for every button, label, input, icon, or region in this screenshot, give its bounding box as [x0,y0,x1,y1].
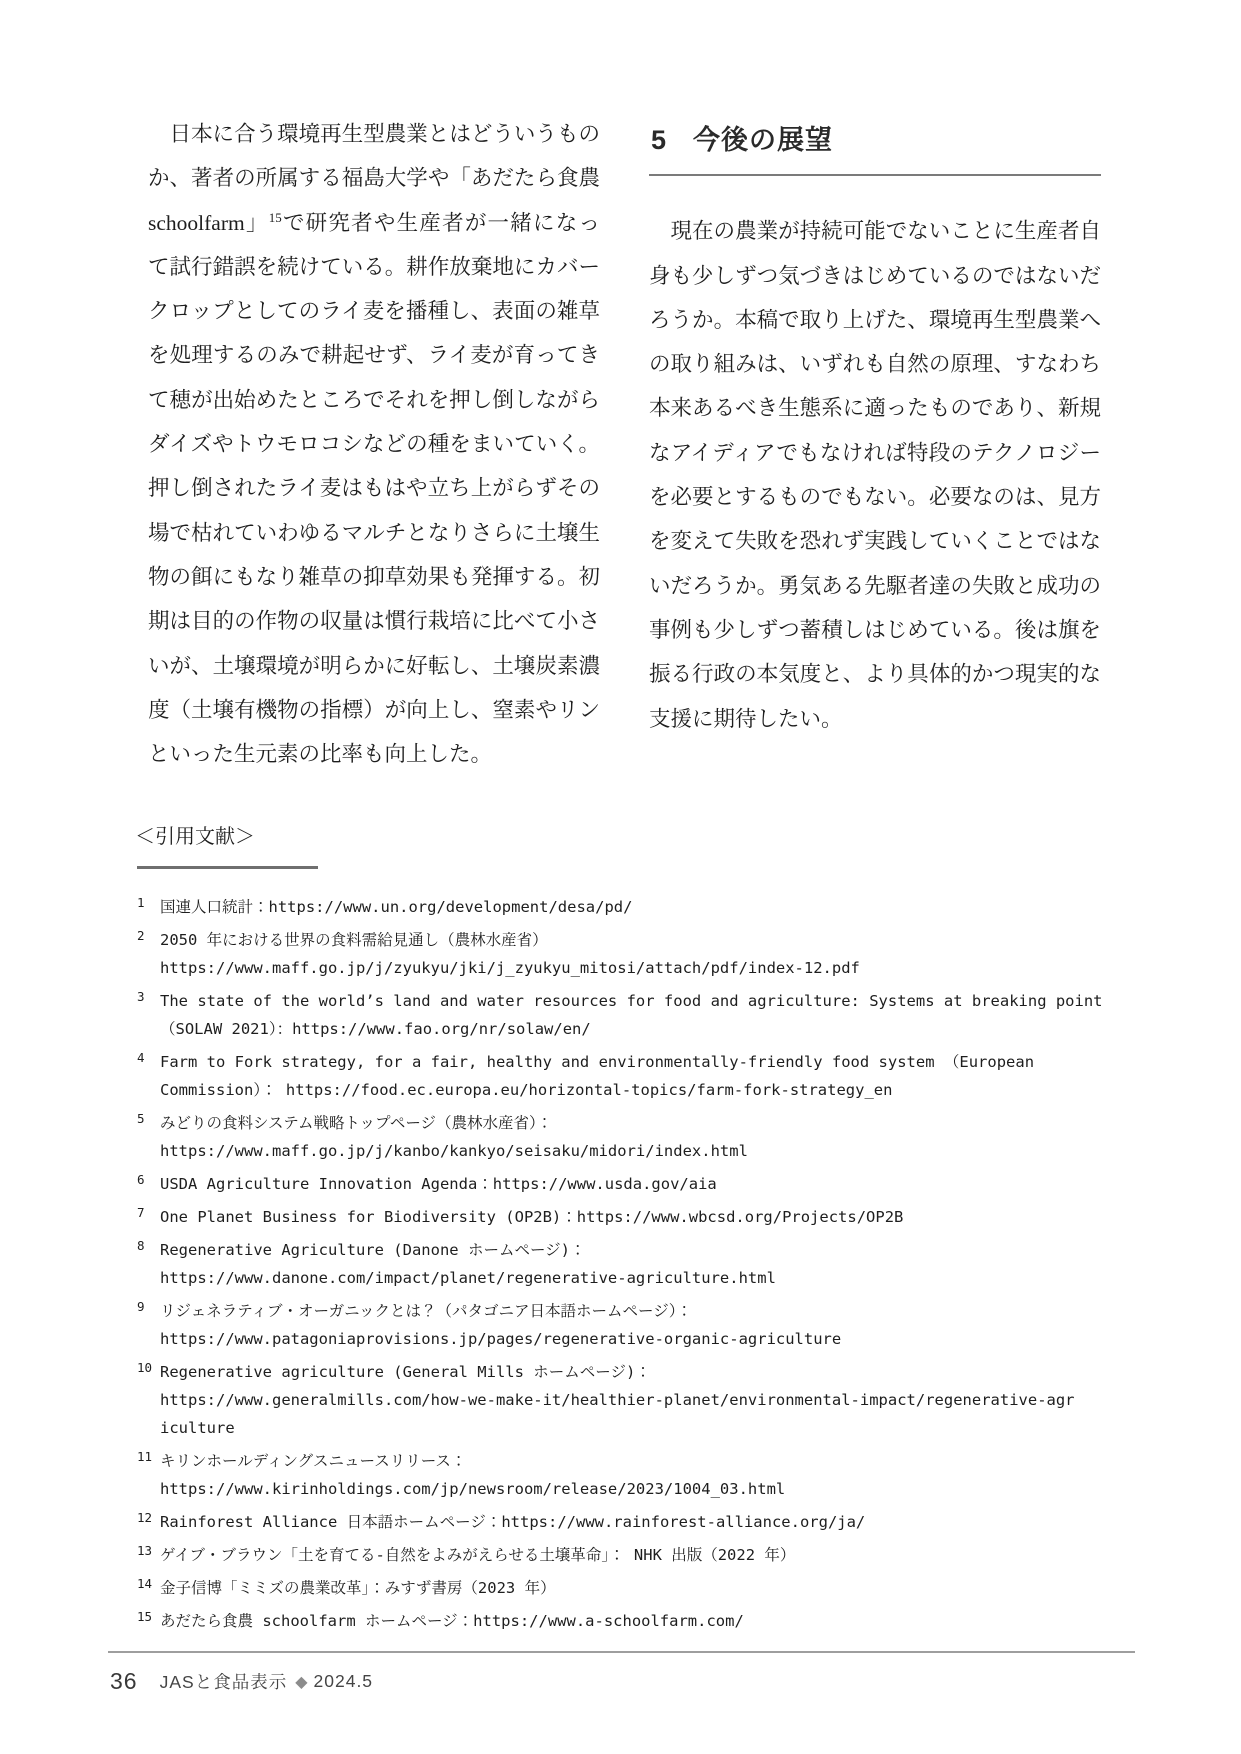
reference-line: https://www.maff.go.jp/j/kanbo/kankyo/se… [160,1137,1123,1165]
reference-line: Commission）： https://food.ec.europa.eu/h… [160,1076,1123,1104]
references-heading: ＜引用文献＞ [135,820,1123,849]
reference-item: 15あだたら食農 schoolfarm ホームページ：https://www.a… [135,1607,1123,1635]
reference-item: 9リジェネラティブ・オーガニックとは？（パタゴニア日本語ホームページ）：http… [135,1297,1123,1353]
references-list: 1国連人口統計：https://www.un.org/development/d… [135,893,1123,1635]
reference-line: https://www.maff.go.jp/j/zyukyu/jki/j_zy… [160,954,1123,982]
reference-item: 12Rainforest Alliance 日本語ホームページ：https://… [135,1508,1123,1536]
reference-number: 1 [137,889,145,917]
body-column-left: 日本に合う環境再生型農業とはどういうものか、著者の所属する福島大学や「あだたら食… [148,112,600,776]
reference-item: 6USDA Agriculture Innovation Agenda：http… [135,1170,1123,1198]
reference-line: Regenerative Agriculture (Danone ホームページ)… [160,1236,1123,1264]
footnote-marker-15: 15 [269,209,282,224]
reference-item: 10Regenerative agriculture (General Mill… [135,1358,1123,1442]
reference-number: 13 [137,1537,152,1565]
reference-item: 14金子信博「ミミズの農業改革」：みすず書房（2023 年） [135,1574,1123,1602]
reference-number: 12 [137,1504,152,1532]
issue-date: 2024.5 [314,1671,374,1692]
reference-number: 5 [137,1105,145,1133]
section-title: 今後の展望 [693,125,833,155]
references-section: ＜引用文献＞ 1国連人口統計：https://www.un.org/develo… [135,820,1123,1640]
reference-number: 8 [137,1232,145,1260]
section-paragraph: 現在の農業が持続可能でないことに生産者自身も少しずつ気づきはじめているのではない… [649,209,1101,741]
reference-line: One Planet Business for Biodiversity (OP… [160,1203,1123,1231]
left-paragraph: 日本に合う環境再生型農業とはどういうものか、著者の所属する福島大学や「あだたら食… [148,112,600,776]
reference-line: https://www.danone.com/impact/planet/reg… [160,1264,1123,1292]
journal-title: JASと食品表示 [160,1669,288,1694]
section-number: 5 [651,125,667,155]
reference-line: 金子信博「ミミズの農業改革」：みすず書房（2023 年） [160,1574,1123,1602]
reference-item: 13ゲイブ・ブラウン「土を育てる-自然をよみがえらせる土壌革命」： NHK 出版… [135,1541,1123,1569]
reference-number: 15 [137,1603,152,1631]
reference-line: USDA Agriculture Innovation Agenda：https… [160,1170,1123,1198]
footer: 36 JASと食品表示 ◆ 2024.5 [110,1668,373,1695]
diamond-icon: ◆ [295,1672,307,1692]
reference-line: ゲイブ・ブラウン「土を育てる-自然をよみがえらせる土壌革命」： NHK 出版（2… [160,1541,1123,1569]
reference-line: https://www.generalmills.com/how-we-make… [160,1386,1123,1414]
reference-line: 国連人口統計：https://www.un.org/development/de… [160,893,1123,921]
reference-item: 5みどりの食料システム戦略トップページ（農林水産省）：https://www.m… [135,1109,1123,1165]
reference-number: 9 [137,1293,145,1321]
reference-item: 7One Planet Business for Biodiversity (O… [135,1203,1123,1231]
reference-line: （SOLAW 2021）：https://www.fao.org/nr/sola… [160,1015,1123,1043]
reference-line: Farm to Fork strategy, for a fair, healt… [160,1048,1123,1076]
reference-line: Rainforest Alliance 日本語ホームページ：https://ww… [160,1508,1123,1536]
left-paragraph-text-after-footnote: で研究者や生産者が一緒になって試行錯誤を続けている。耕作放棄地にカバークロップと… [148,211,600,767]
footer-rule [108,1651,1135,1653]
reference-line: キリンホールディングスニュースリリース： [160,1447,1123,1475]
reference-item: 8Regenerative Agriculture (Danone ホームページ… [135,1236,1123,1292]
reference-line: https://www.kirinholdings.com/jp/newsroo… [160,1475,1123,1503]
reference-line: リジェネラティブ・オーガニックとは？（パタゴニア日本語ホームページ）： [160,1297,1123,1325]
section-heading: 5今後の展望 [649,112,1101,176]
page-number: 36 [110,1668,138,1695]
reference-line: 2050 年における世界の食料需給見通し（農林水産省） [160,926,1123,954]
reference-number: 6 [137,1166,145,1194]
reference-item: 3The state of the world’s land and water… [135,987,1123,1043]
reference-number: 14 [137,1570,152,1598]
reference-number: 7 [137,1199,145,1227]
reference-item: 1国連人口統計：https://www.un.org/development/d… [135,893,1123,921]
references-divider [137,866,318,869]
reference-line: iculture [160,1414,1123,1442]
reference-line: みどりの食料システム戦略トップページ（農林水産省）： [160,1109,1123,1137]
reference-item: 11キリンホールディングスニュースリリース：https://www.kirinh… [135,1447,1123,1503]
reference-number: 2 [137,922,145,950]
article-page: 日本に合う環境再生型農業とはどういうものか、著者の所属する福島大学や「あだたら食… [0,0,1241,1754]
reference-number: 3 [137,983,145,1011]
reference-item: 22050 年における世界の食料需給見通し（農林水産省）https://www.… [135,926,1123,982]
body-column-right: 5今後の展望 現在の農業が持続可能でないことに生産者自身も少しずつ気づきはじめて… [649,112,1101,741]
reference-number: 10 [137,1354,152,1382]
reference-number: 11 [137,1443,152,1471]
reference-line: Regenerative agriculture (General Mills … [160,1358,1123,1386]
reference-line: https://www.patagoniaprovisions.jp/pages… [160,1325,1123,1353]
reference-line: The state of the world’s land and water … [160,987,1123,1015]
reference-item: 4Farm to Fork strategy, for a fair, heal… [135,1048,1123,1104]
reference-number: 4 [137,1044,145,1072]
reference-line: あだたら食農 schoolfarm ホームページ：https://www.a-s… [160,1607,1123,1635]
